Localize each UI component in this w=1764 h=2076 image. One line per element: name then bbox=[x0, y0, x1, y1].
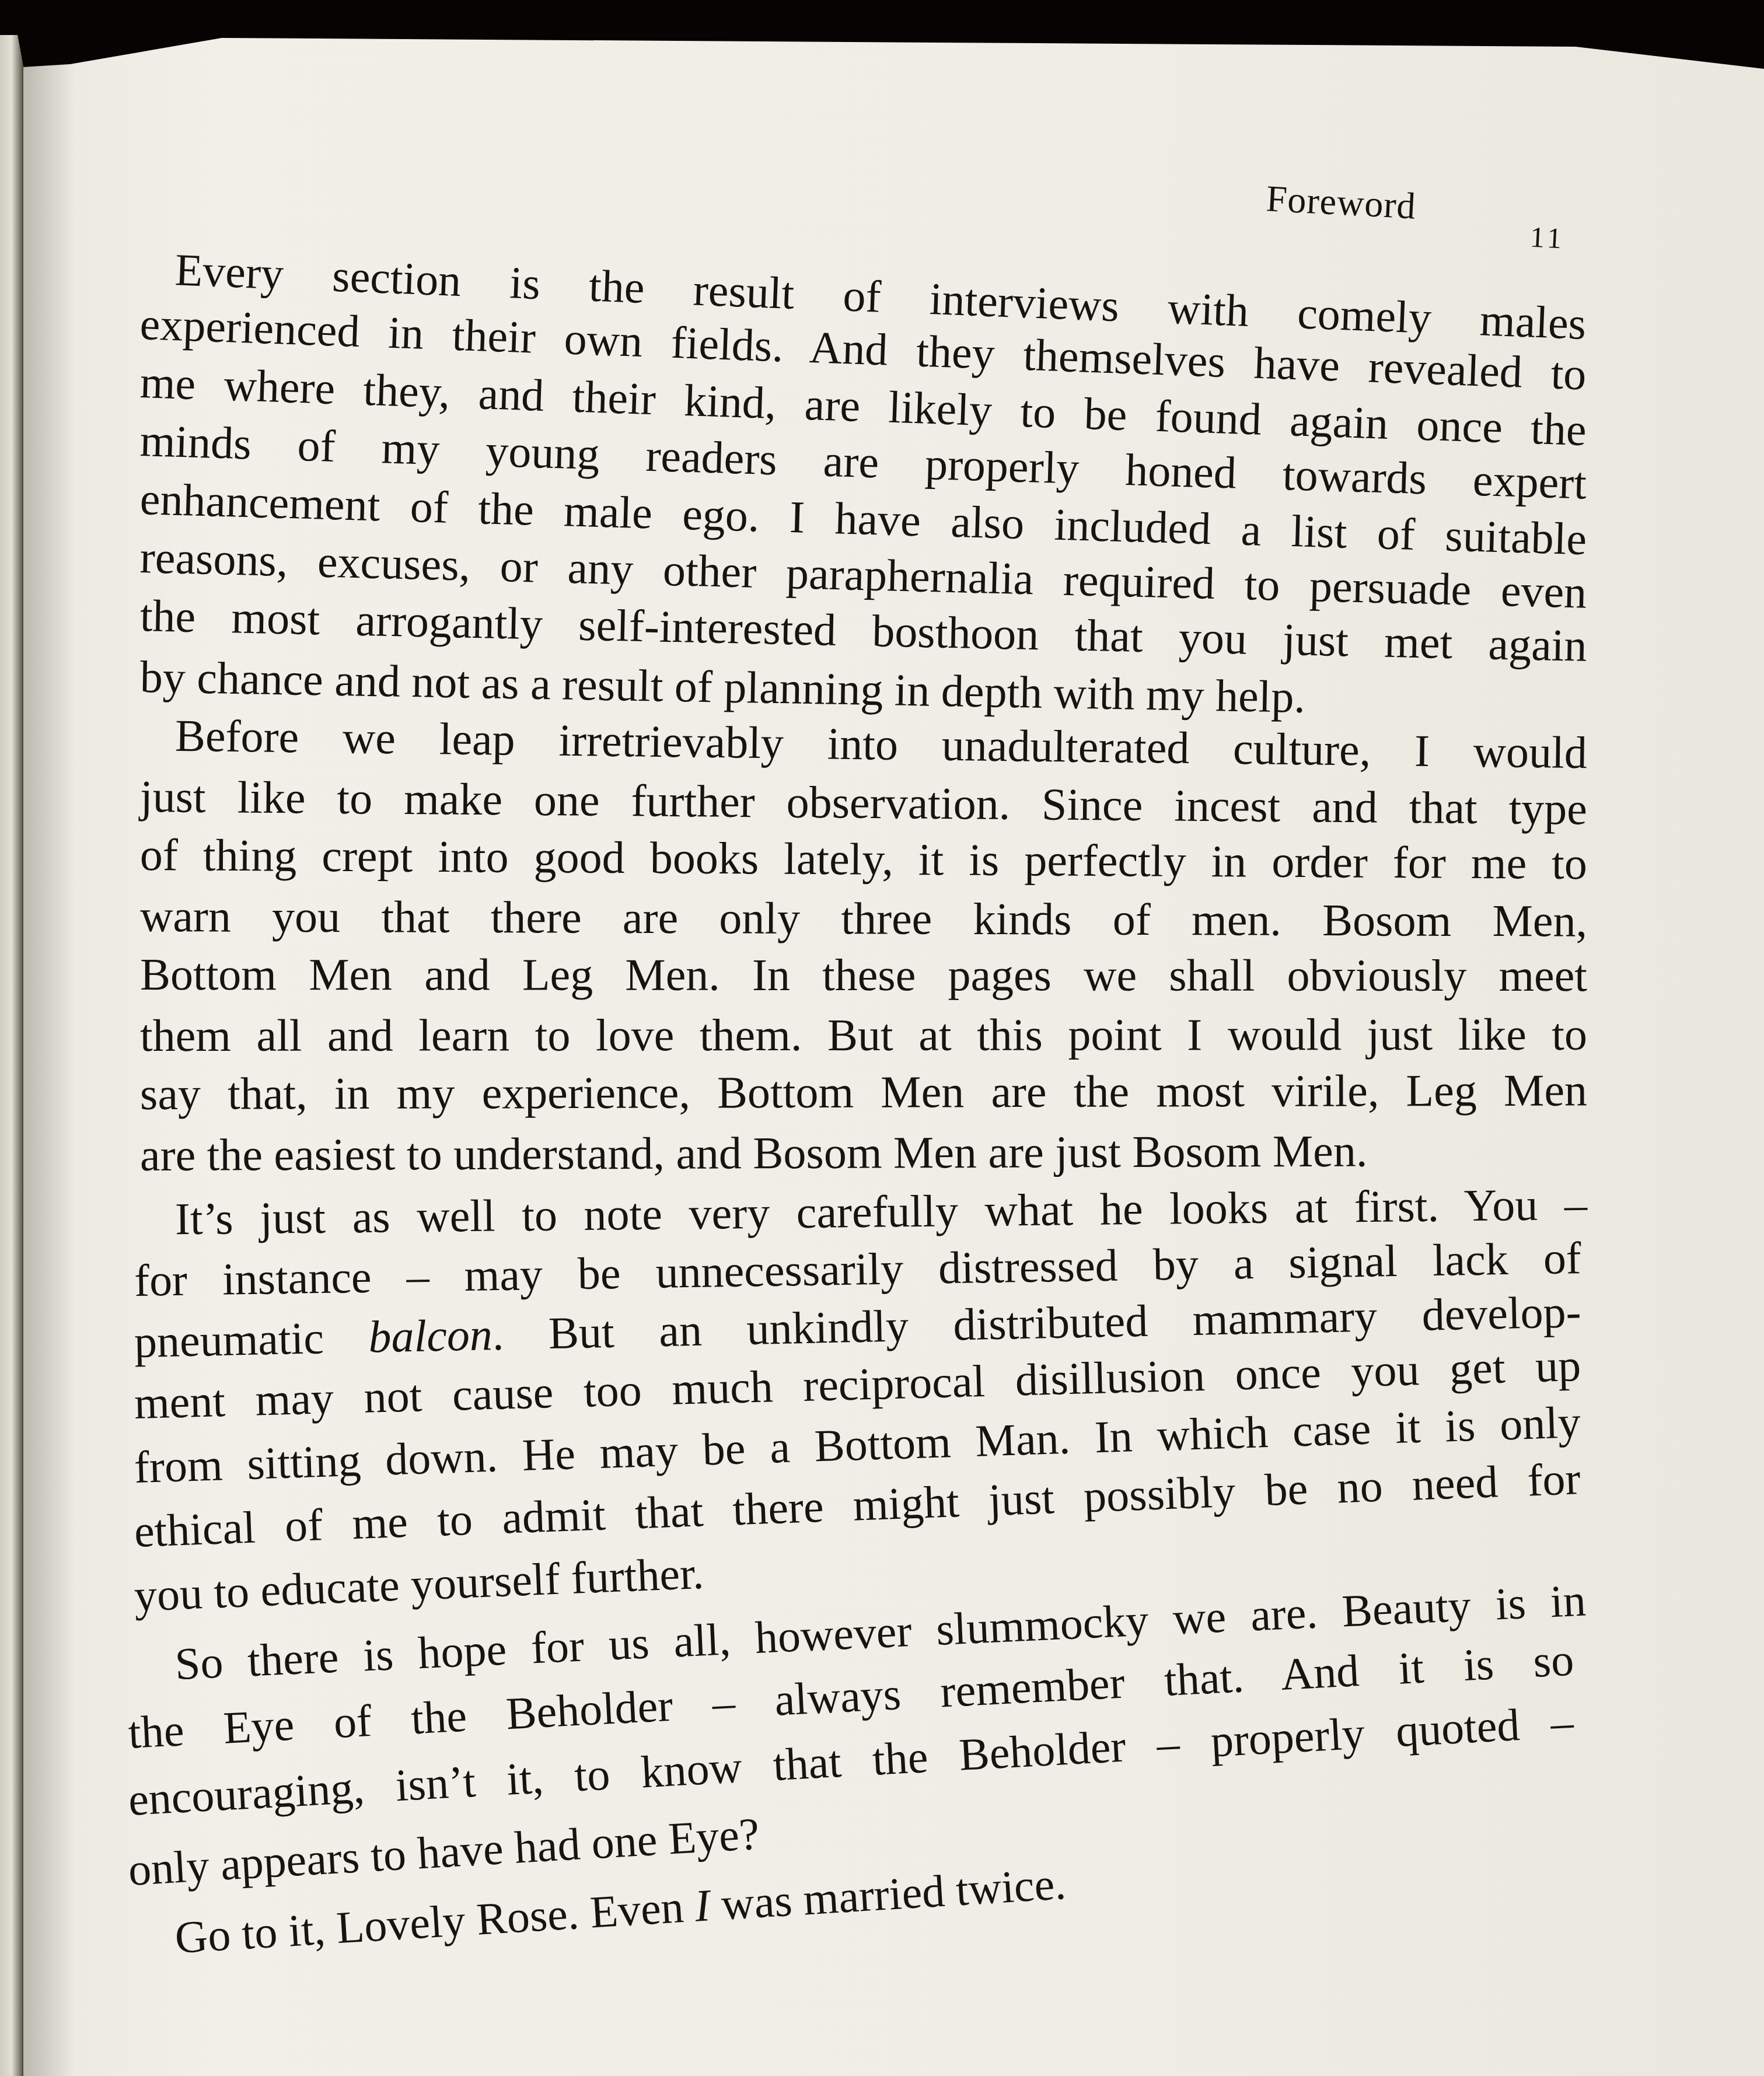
previous-page-edge bbox=[0, 35, 23, 2076]
text-line: of thing crept into good books lately, i… bbox=[140, 826, 1588, 893]
text-line: Bottom Men and Leg Men. In these pages w… bbox=[140, 945, 1587, 1005]
text-line: say that, in my experience, Bottom Men a… bbox=[140, 1061, 1587, 1123]
italic-word: balcon bbox=[368, 1309, 493, 1362]
binding-shadow bbox=[23, 64, 76, 2076]
text-line: are the easiest to understand, and Bosom… bbox=[140, 1121, 1587, 1184]
page-number: 11 bbox=[1529, 219, 1566, 255]
text-line: them all and learn to love them. But at … bbox=[140, 1005, 1587, 1065]
text-line: warn you that there are only three kinds… bbox=[140, 887, 1587, 950]
running-head: Foreword bbox=[1265, 177, 1417, 228]
book-page: Foreword 11 Every section is the result … bbox=[0, 0, 1764, 2076]
